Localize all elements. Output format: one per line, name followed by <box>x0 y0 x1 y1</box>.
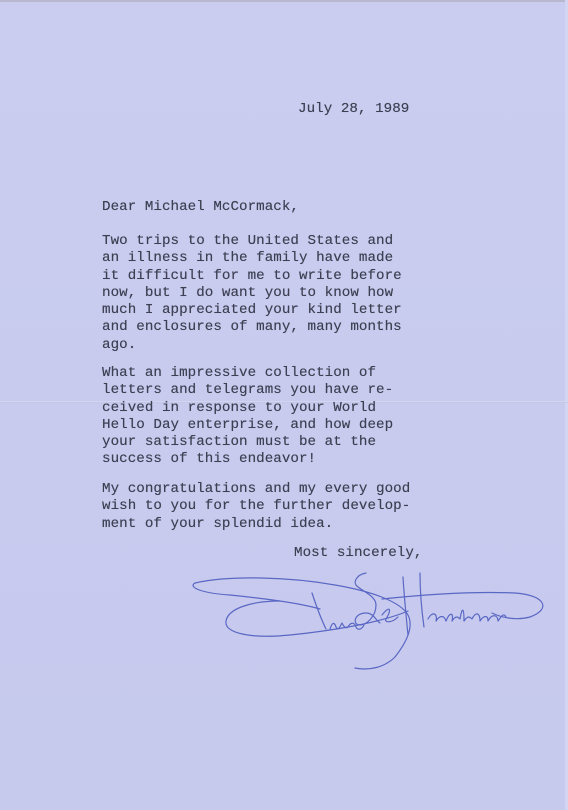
paper-top-edge <box>0 0 568 2</box>
salutation: Dear Michael McCormack, <box>102 199 299 216</box>
paragraph-2: What an impressive collection of letters… <box>102 365 393 469</box>
letter-date: July 28, 1989 <box>298 101 409 118</box>
signature <box>170 565 550 675</box>
paragraph-1: Two trips to the United States and an il… <box>102 233 402 354</box>
letter-page: July 28, 1989 Dear Michael McCormack, Tw… <box>0 0 568 810</box>
closing: Most sincerely, <box>294 545 422 562</box>
paragraph-3: My congratulations and my every good wis… <box>102 481 410 533</box>
